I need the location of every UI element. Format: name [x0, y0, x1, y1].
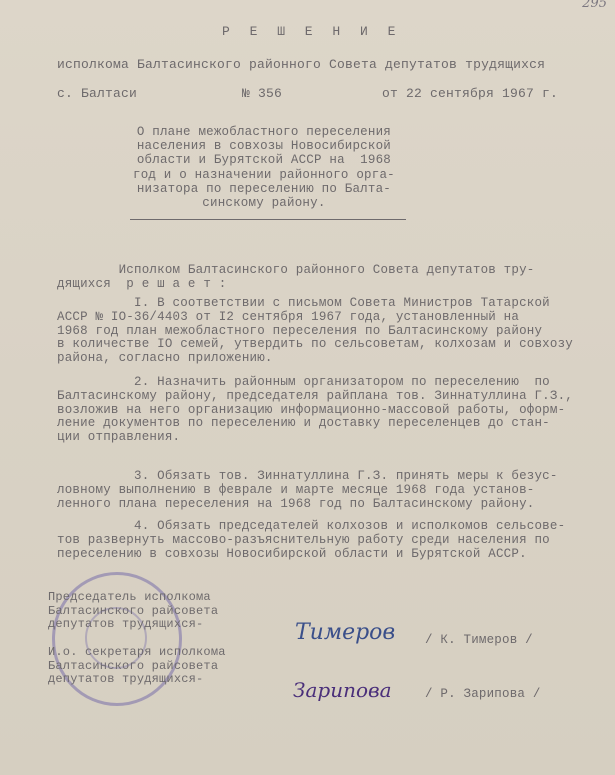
divider	[130, 219, 406, 220]
signatory-2-signature: Зарипова	[293, 678, 392, 702]
signatory-2-position: И.о. секретаря исполкома Балтасинского р…	[48, 646, 226, 687]
subject-block: О плане межобластного переселения населе…	[133, 125, 395, 210]
point-3: 3. Обязать тов. Зиннатуллина Г.З. принят…	[57, 470, 558, 511]
document-page: 295 Р Е Ш Е Н И Е исполкома Балтасинског…	[0, 0, 615, 775]
place: с. Балтаси	[57, 87, 137, 100]
issuing-body: исполкома Балтасинского районного Совета…	[57, 58, 545, 71]
point-2: 2. Назначить районным организатором по п…	[57, 376, 573, 445]
document-title: Р Е Ш Е Н И Е	[222, 25, 401, 38]
signatory-1-name: / К. Тимеров /	[425, 634, 533, 647]
archive-page-number: 295	[582, 0, 607, 11]
point-1: I. В соответствии с письмом Совета Минис…	[57, 297, 573, 366]
document-number: № 356	[242, 87, 282, 100]
signatory-1-signature: Тимеров	[295, 620, 395, 645]
document-date: от 22 сентября 1967 г.	[382, 87, 558, 100]
signatory-2-name: / Р. Зарипова /	[425, 688, 541, 701]
point-4: 4. Обязать председателей колхозов и испо…	[57, 520, 565, 561]
preamble: Исполком Балтасинского районного Совета …	[57, 264, 534, 292]
signatory-1-position: Председатель исполкома Балтасинского рай…	[48, 591, 218, 632]
